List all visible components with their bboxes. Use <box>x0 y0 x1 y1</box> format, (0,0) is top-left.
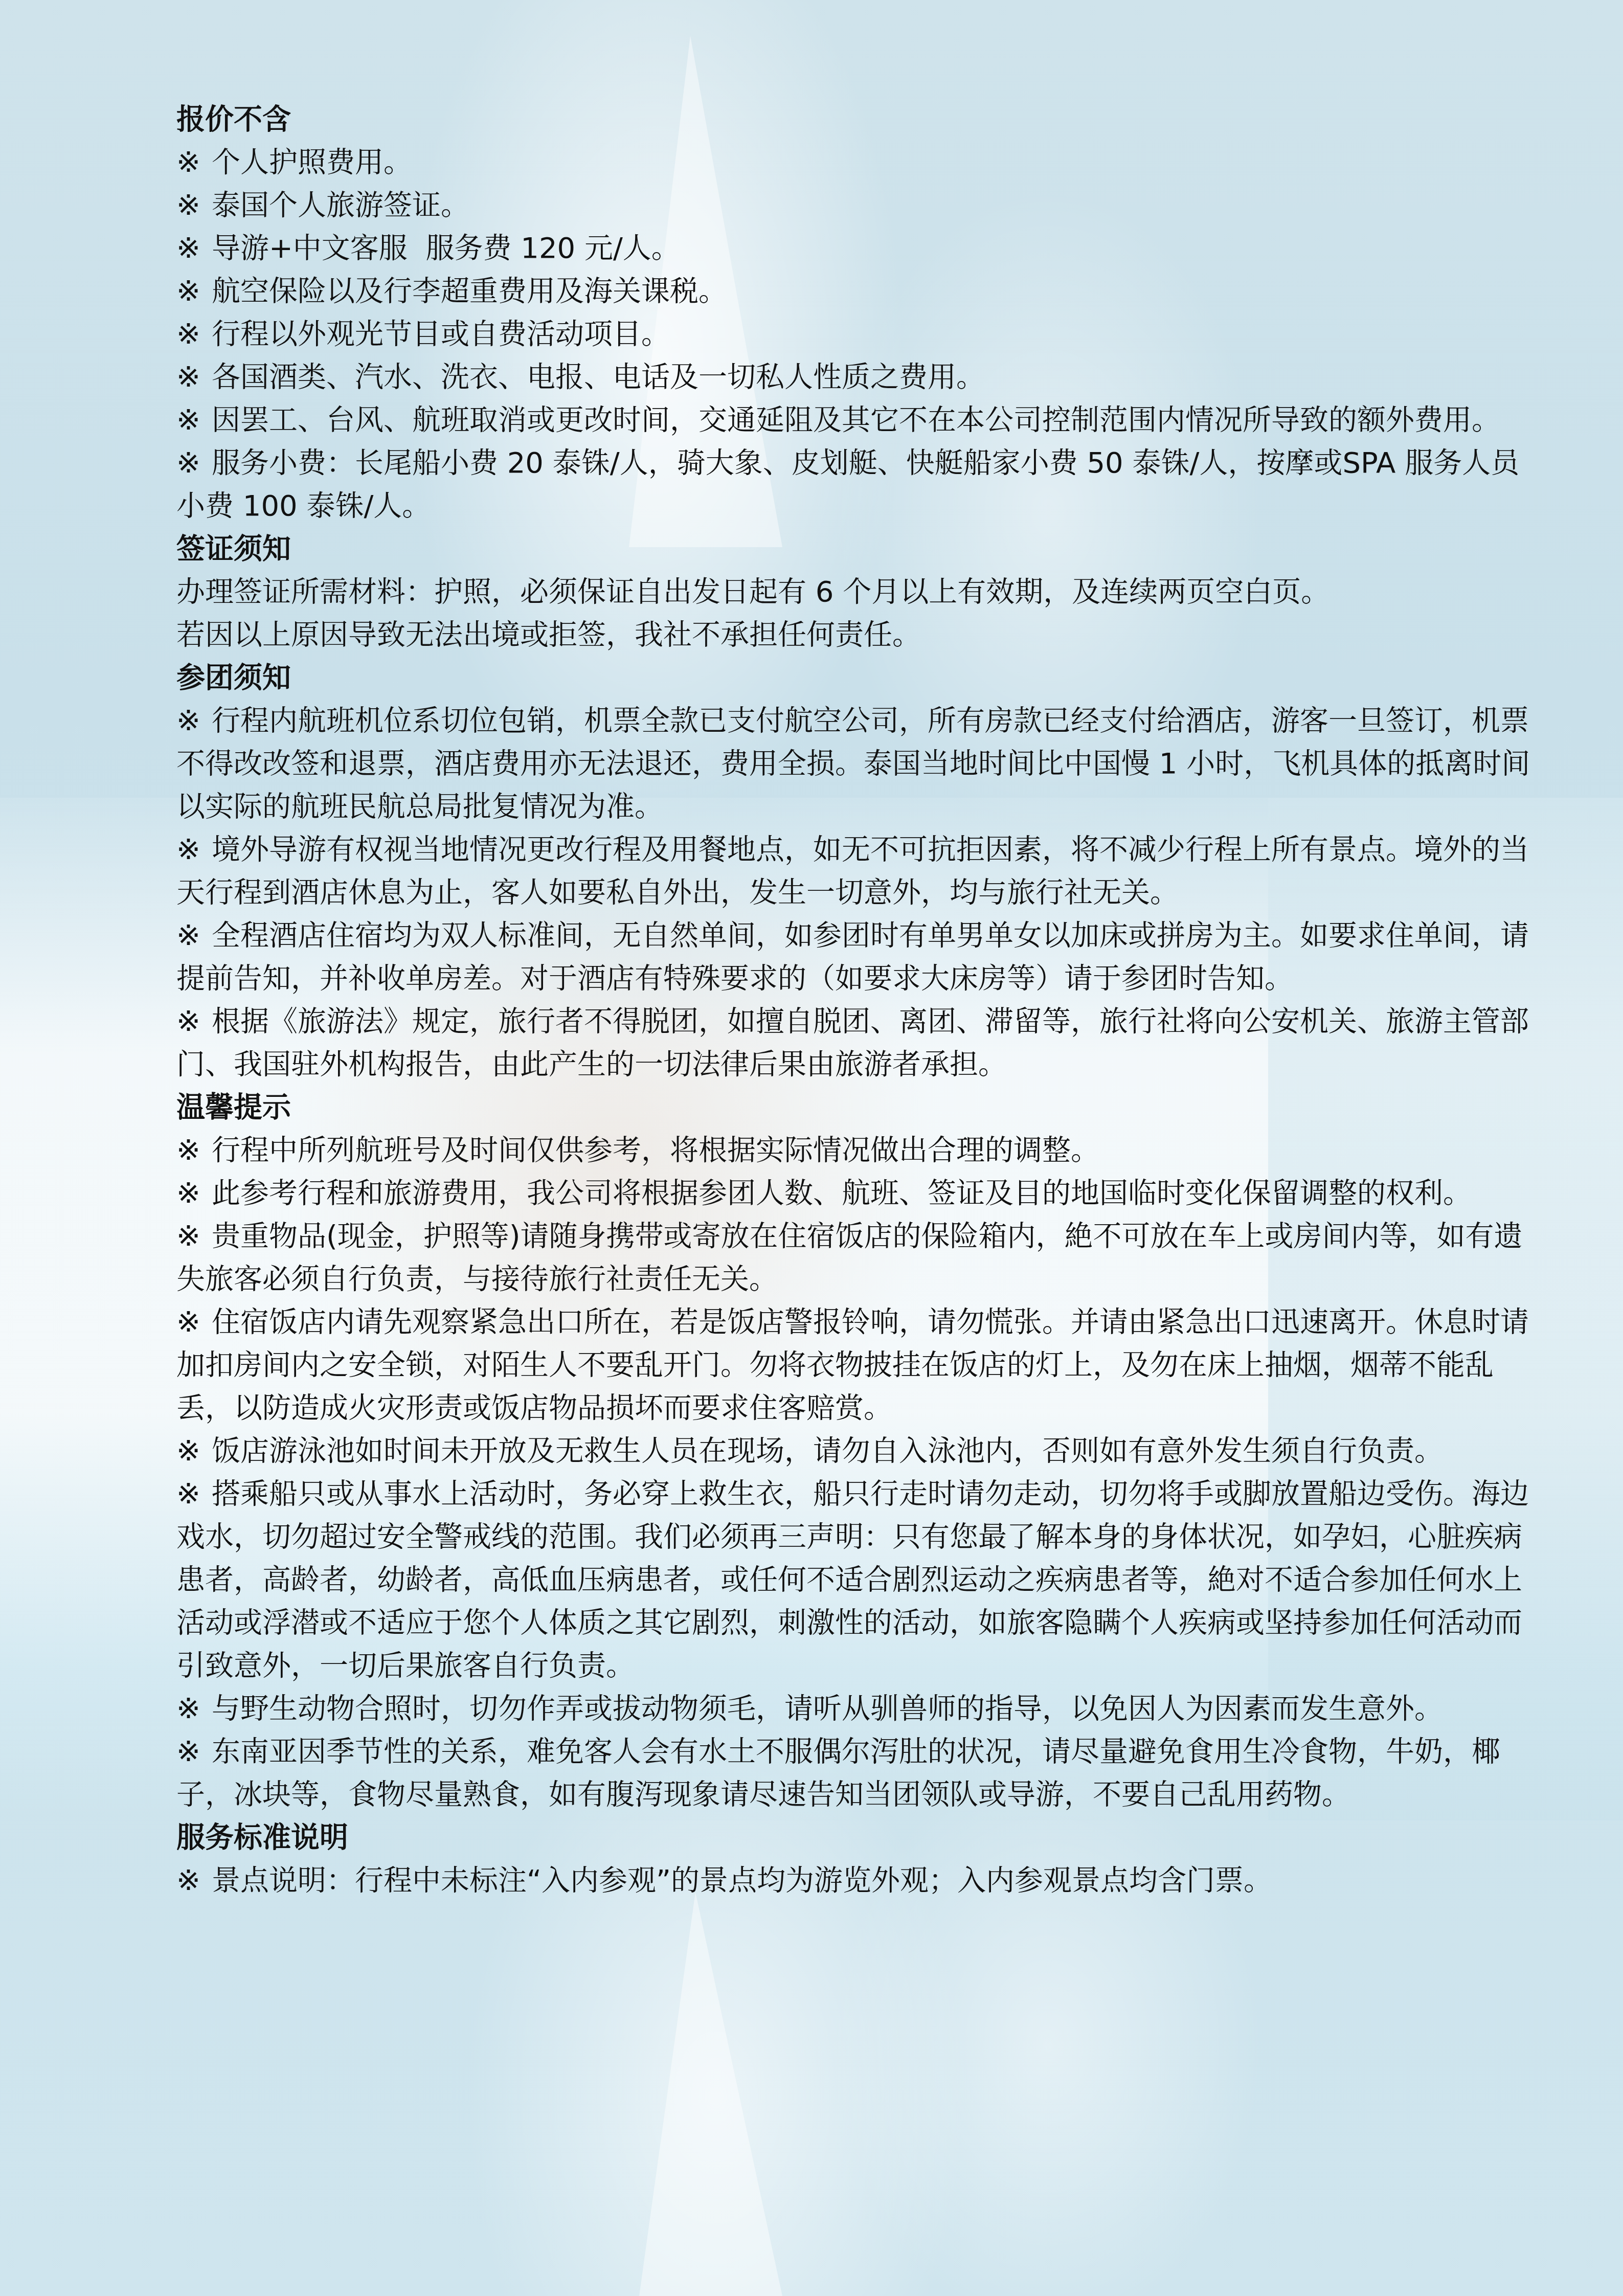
list-item: ※个人护照费用。 <box>176 141 1537 184</box>
reference-mark-icon: ※ <box>176 1005 200 1038</box>
section-kind-reminders: 温馨提示 ※行程中所列航班号及时间仅供参考，将根据实际情况做出合理的调整。 ※此… <box>176 1086 1537 1816</box>
list-item: ※此参考行程和旅游费用，我公司将根据参团人数、航班、签证及目的地国临时变化保留调… <box>176 1172 1537 1215</box>
list-item: ※东南亚因季节性的关系，难免客人会有水土不服偶尔泻肚的状况，请尽量避免食用生冷食… <box>176 1730 1537 1816</box>
reference-mark-icon: ※ <box>176 833 200 866</box>
reference-mark-icon: ※ <box>176 232 200 265</box>
list-item: ※搭乘船只或从事水上活动时，务必穿上救生衣，船只行走时请勿走动，切勿将手或脚放置… <box>176 1473 1537 1687</box>
section-heading: 服务标准说明 <box>176 1816 1537 1859</box>
reference-mark-icon: ※ <box>176 318 200 351</box>
section-heading: 参团须知 <box>176 657 1537 700</box>
list-item: ※行程以外观光节目或自费活动项目。 <box>176 313 1537 356</box>
section-heading: 签证须知 <box>176 528 1537 571</box>
reference-mark-icon: ※ <box>176 403 200 437</box>
reference-mark-icon: ※ <box>176 704 200 737</box>
list-item: ※行程内航班机位系切位包销，机票全款已支付航空公司，所有房款已经支付给酒店，游客… <box>176 700 1537 828</box>
reference-mark-icon: ※ <box>176 275 200 308</box>
reference-mark-icon: ※ <box>176 1134 200 1167</box>
sailboat-sail-decoration-bottom <box>639 1892 782 2296</box>
reference-mark-icon: ※ <box>176 1177 200 1210</box>
list-item: ※航空保险以及行李超重费用及海关课税。 <box>176 270 1537 313</box>
list-item: ※境外导游有权视当地情况更改行程及用餐地点，如无不可抗拒因素，将不减少行程上所有… <box>176 828 1537 914</box>
paragraph: 办理签证所需材料：护照，必须保证自出发日起有 6 个月以上有效期，及连续两页空白… <box>176 571 1537 614</box>
list-item: ※服务小费：长尾船小费 20 泰铢/人，骑大象、皮划艇、快艇船家小费 50 泰铢… <box>176 442 1537 528</box>
section-tour-notice: 参团须知 ※行程内航班机位系切位包销，机票全款已支付航空公司，所有房款已经支付给… <box>176 657 1537 1086</box>
reference-mark-icon: ※ <box>176 1305 200 1339</box>
list-item: ※各国酒类、汽水、洗衣、电报、电话及一切私人性质之费用。 <box>176 356 1537 399</box>
reference-mark-icon: ※ <box>176 1220 200 1253</box>
reference-mark-icon: ※ <box>176 1692 200 1725</box>
list-item: ※饭店游泳池如时间未开放及无救生人员在现场，请勿自入泳池内，否则如有意外发生须自… <box>176 1430 1537 1473</box>
list-item: ※全程酒店住宿均为双人标准间，无自然单间，如参团时有单男单女以加床或拼房为主。如… <box>176 914 1537 1000</box>
reference-mark-icon: ※ <box>176 1735 200 1768</box>
reference-mark-icon: ※ <box>176 1434 200 1468</box>
list-item: ※导游+中文客服 服务费 120 元/人。 <box>176 227 1537 270</box>
list-item: ※泰国个人旅游签证。 <box>176 184 1537 227</box>
list-item: ※住宿饭店内请先观察紧急出口所在，若是饭店警报铃响，请勿慌张。并请由紧急出口迅速… <box>176 1301 1537 1430</box>
section-heading: 温馨提示 <box>176 1086 1537 1129</box>
reference-mark-icon: ※ <box>176 146 200 179</box>
list-item: ※行程中所列航班号及时间仅供参考，将根据实际情况做出合理的调整。 <box>176 1129 1537 1172</box>
section-price-excludes: 报价不含 ※个人护照费用。 ※泰国个人旅游签证。 ※导游+中文客服 服务费 12… <box>176 98 1537 528</box>
list-item: ※贵重物品(现金，护照等)请随身携带或寄放在住宿饭店的保险箱内，絶不可放在车上或… <box>176 1215 1537 1301</box>
reference-mark-icon: ※ <box>176 1864 200 1897</box>
reference-mark-icon: ※ <box>176 446 200 480</box>
list-item: ※根据《旅游法》规定，旅行者不得脱团，如擅自脱团、离团、滞留等，旅行社将向公安机… <box>176 1000 1537 1086</box>
reference-mark-icon: ※ <box>176 1477 200 1511</box>
reference-mark-icon: ※ <box>176 919 200 952</box>
paragraph: 若因以上原因导致无法出境或拒签，我社不承担任何责任。 <box>176 614 1537 657</box>
document-body: 报价不含 ※个人护照费用。 ※泰国个人旅游签证。 ※导游+中文客服 服务费 12… <box>176 98 1537 1902</box>
list-item: ※与野生动物合照时，切勿作弄或拔动物须毛，请听从驯兽师的指导，以免因人为因素而发… <box>176 1687 1537 1730</box>
reference-mark-icon: ※ <box>176 189 200 222</box>
section-service-standards: 服务标准说明 ※景点说明：行程中未标注“入内参观”的景点均为游览外观；入内参观景… <box>176 1816 1537 1902</box>
list-item: ※因罢工、台风、航班取消或更改时间，交通延阻及其它不在本公司控制范围内情况所导致… <box>176 399 1537 442</box>
section-visa-notice: 签证须知 办理签证所需材料：护照，必须保证自出发日起有 6 个月以上有效期，及连… <box>176 528 1537 657</box>
list-item: ※景点说明：行程中未标注“入内参观”的景点均为游览外观；入内参观景点均含门票。 <box>176 1859 1537 1902</box>
reference-mark-icon: ※ <box>176 361 200 394</box>
section-heading: 报价不含 <box>176 98 1537 141</box>
